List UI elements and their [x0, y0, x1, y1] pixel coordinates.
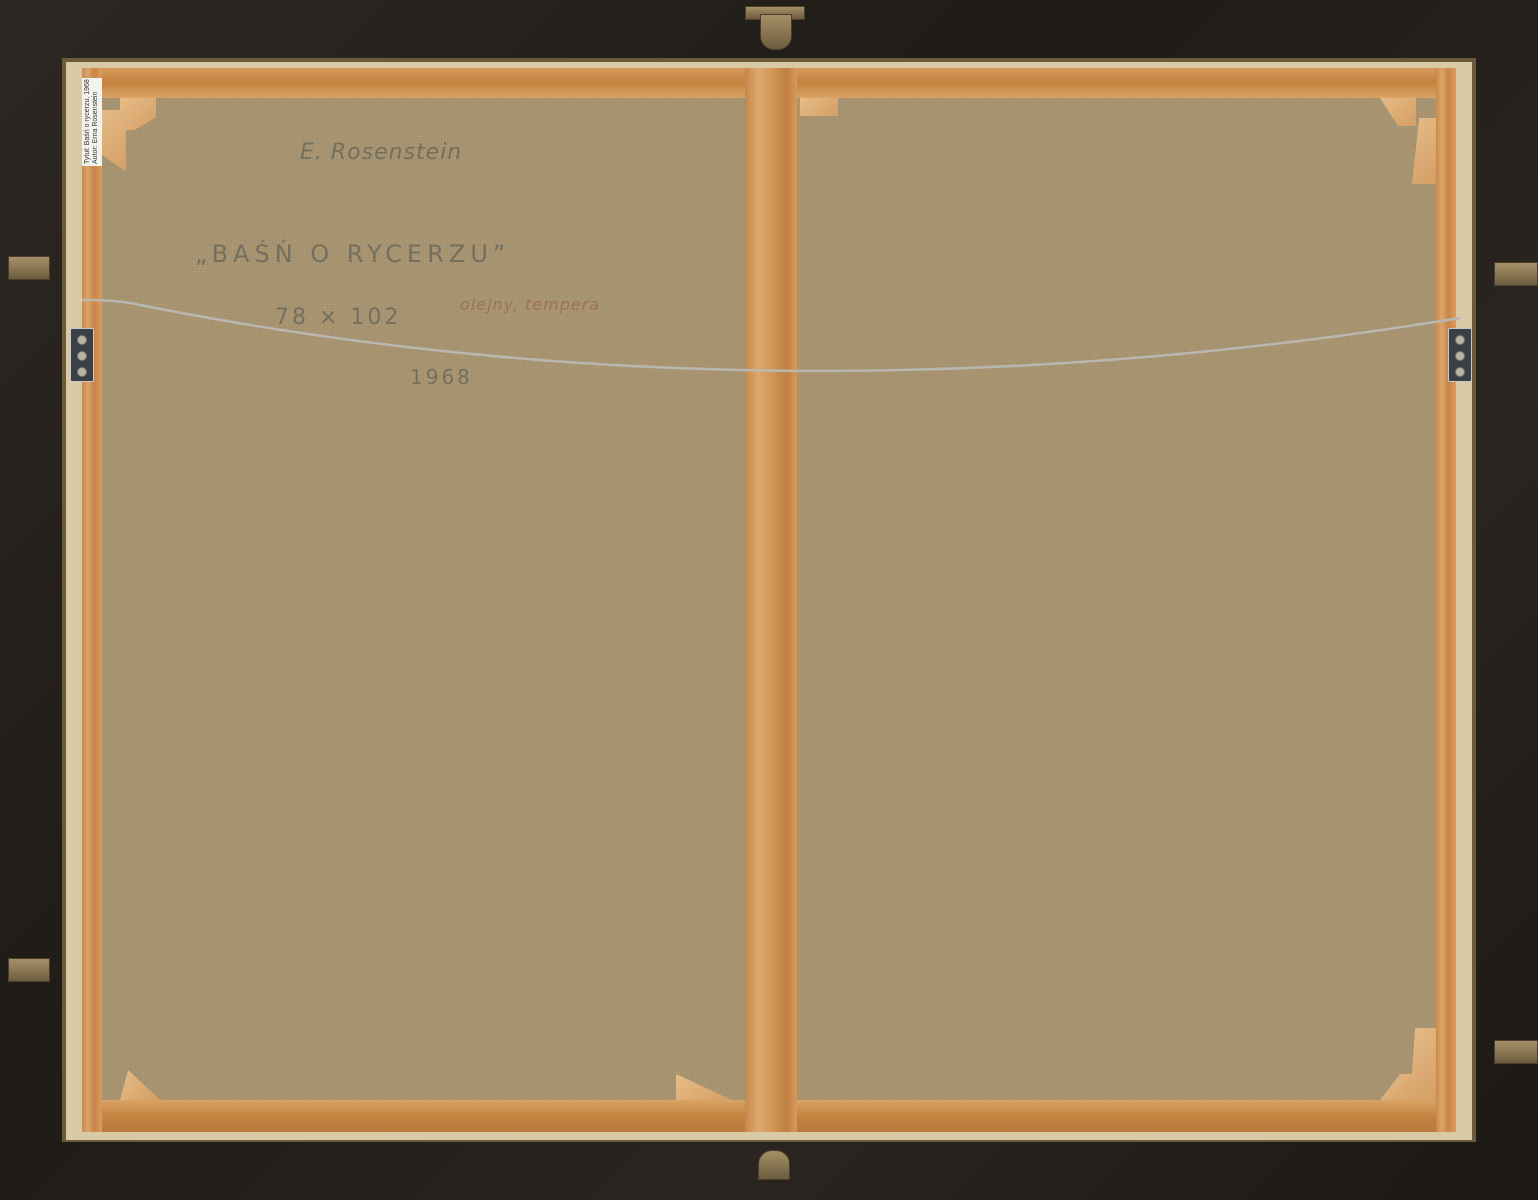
frame-clip-right-lower — [1494, 1040, 1538, 1064]
frame-clip-left-upper — [8, 256, 50, 280]
hanging-wire — [0, 0, 1538, 1200]
frame-clip-right-upper — [1494, 262, 1538, 286]
frame-clip-bottom — [758, 1150, 790, 1180]
frame-clip-top — [760, 14, 792, 50]
frame-clip-left-lower — [8, 958, 50, 982]
hanging-hook-left — [70, 328, 94, 382]
hanging-hook-right — [1448, 328, 1472, 382]
